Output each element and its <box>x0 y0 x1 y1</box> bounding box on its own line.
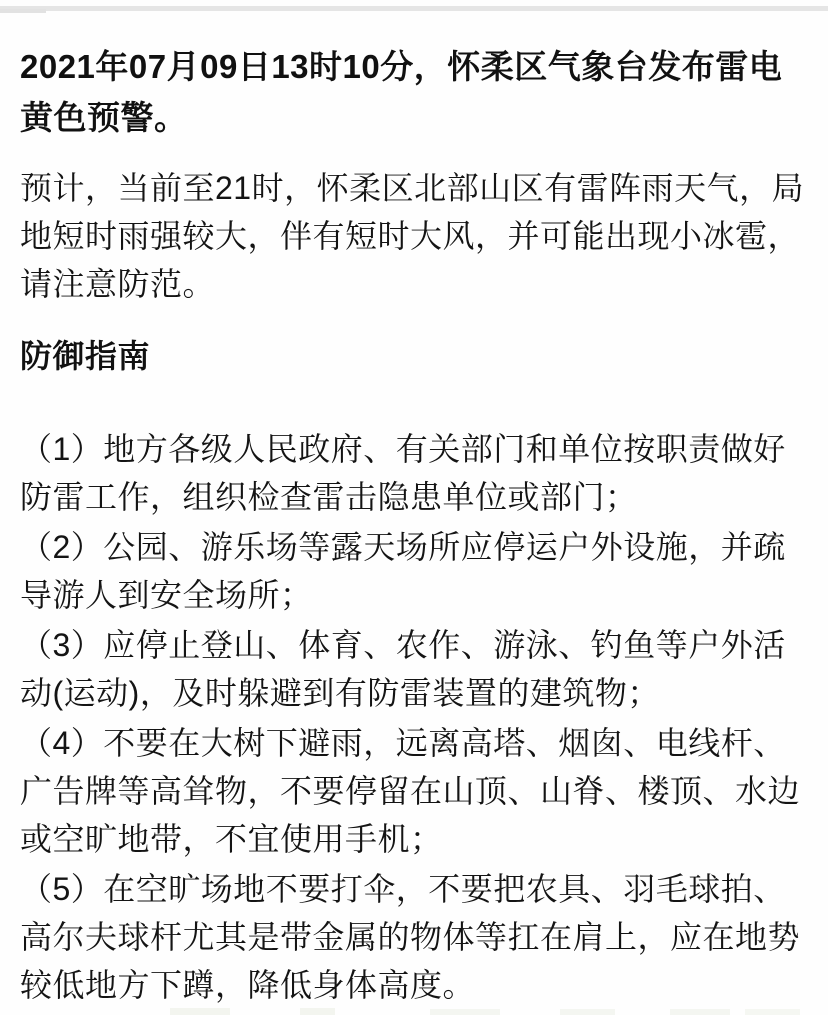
cut-off-next-line <box>20 1006 808 1015</box>
top-divider <box>0 6 828 11</box>
alert-summary: 预计，当前至21时，怀柔区北部山区有雷阵雨天气，局地短时雨强较大，伴有短时大风，… <box>20 164 808 308</box>
guideline-item-4: （4）不要在大树下避雨，远离高塔、烟囱、电线杆、广告牌等高耸物，不要停留在山顶、… <box>20 719 808 863</box>
defense-guide-heading: 防御指南 <box>20 336 808 376</box>
top-divider-notch <box>0 9 46 13</box>
weather-alert-page: 2021年07月09日13时10分，怀柔区气象台发布雷电黄色预警。 预计，当前至… <box>0 0 828 1015</box>
guideline-item-5: （5）在空旷场地不要打伞，不要把农具、羽毛球拍、高尔夫球杆尤其是带金属的物体等扛… <box>20 865 808 1009</box>
alert-title: 2021年07月09日13时10分，怀柔区气象台发布雷电黄色预警。 <box>20 41 808 143</box>
guideline-item-1: （1）地方各级人民政府、有关部门和单位按职责做好防雷工作，组织检查雷击隐患单位或… <box>20 425 808 521</box>
guideline-item-3: （3）应停止登山、体育、农作、游泳、钓鱼等户外活动(运动)，及时躲避到有防雷装置… <box>20 621 808 717</box>
guideline-item-2: （2）公园、游乐场等露天场所应停运户外设施，并疏导游人到安全场所； <box>20 523 808 619</box>
guidelines-list: （1）地方各级人民政府、有关部门和单位按职责做好防雷工作，组织检查雷击隐患单位或… <box>20 425 808 1009</box>
alert-article: 2021年07月09日13时10分，怀柔区气象台发布雷电黄色预警。 预计，当前至… <box>0 41 828 1009</box>
